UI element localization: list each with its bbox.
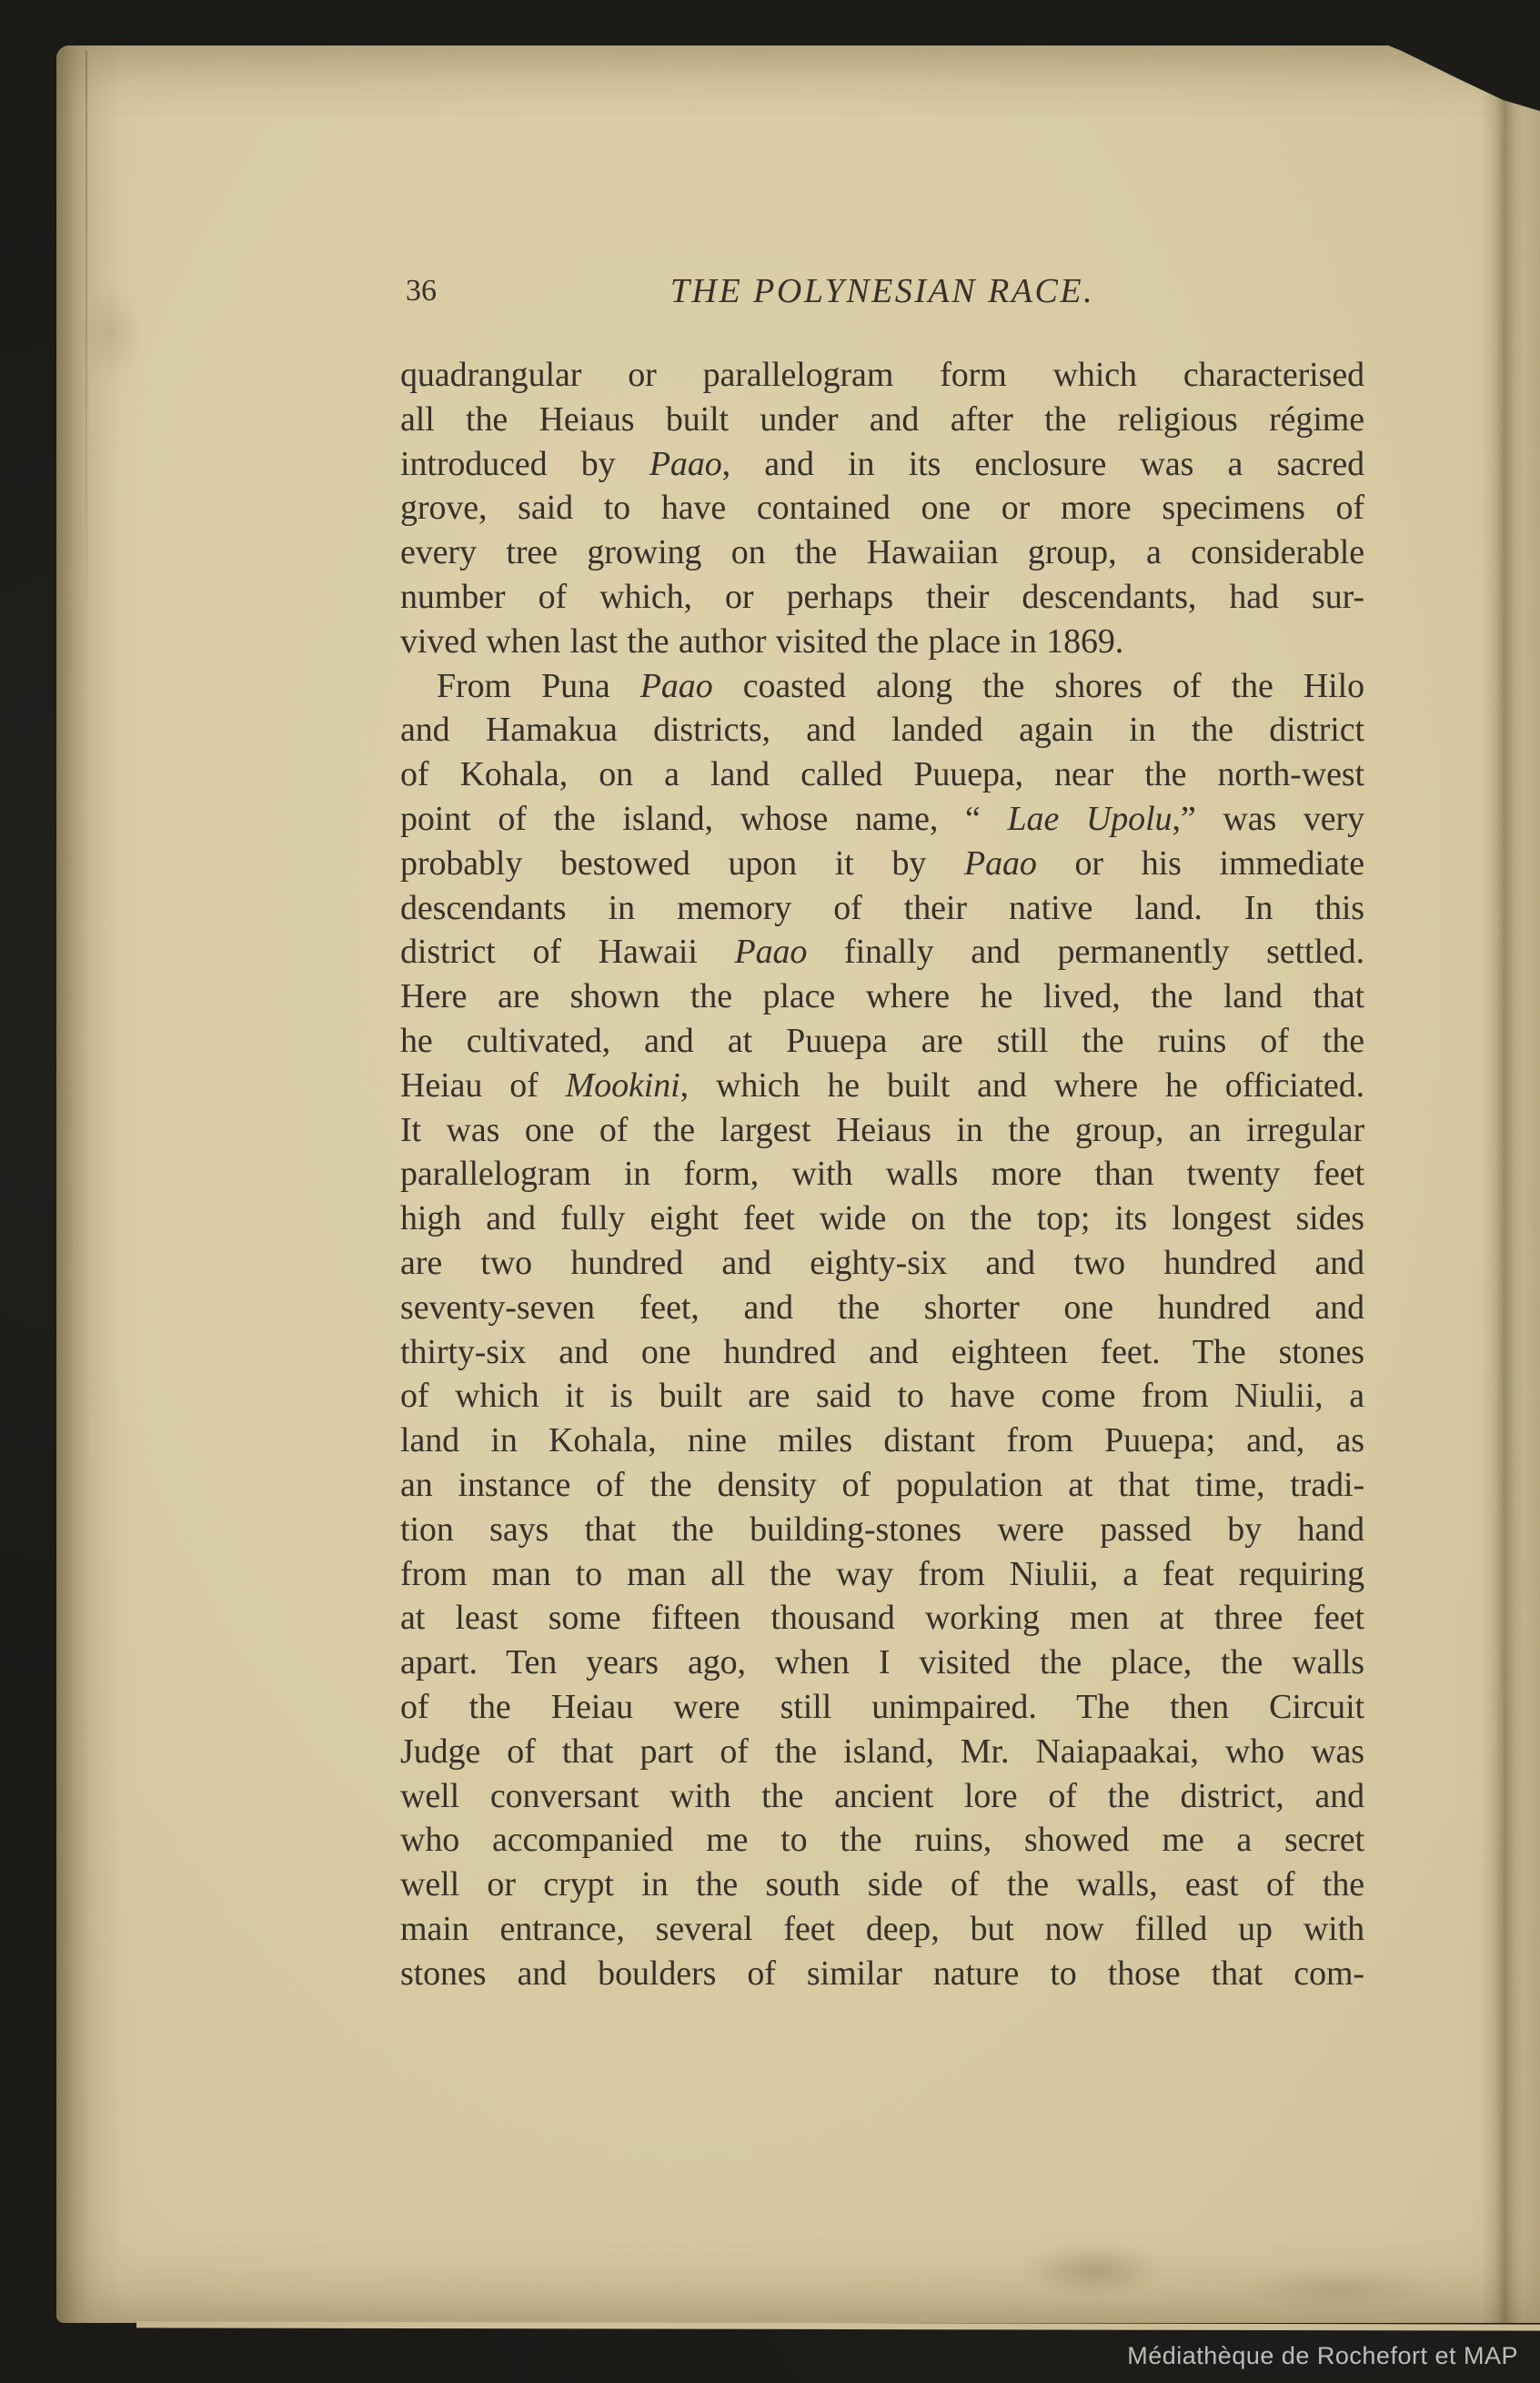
text-line: point of the island, whose name, “ Lae U… [400, 797, 1364, 842]
text-line: seventy-seven feet, and the shorter one … [400, 1286, 1364, 1330]
text-line: land in Kohala, nine miles distant from … [400, 1419, 1364, 1463]
text-line: tion says that the building-stones were … [400, 1508, 1364, 1552]
text-line: an instance of the density of population… [400, 1463, 1364, 1508]
book-page: 36 THE POLYNESIAN RACE. quadrangular or … [56, 45, 1540, 2323]
text-line: of the Heiau were still unimpaired. The … [400, 1685, 1364, 1730]
text-line: he cultivated, and at Puuepa are still t… [400, 1019, 1364, 1064]
text-line: vived when last the author visited the p… [400, 620, 1364, 664]
text-line: apart. Ten years ago, when I visited the… [400, 1641, 1364, 1685]
page-header: 36 THE POLYNESIAN RACE. [400, 268, 1364, 315]
book-gutter-shadow [1482, 45, 1524, 2323]
text-line: of Kohala, on a land called Puuepa, near… [400, 752, 1364, 797]
page-left-deckle-edge [56, 45, 96, 2323]
text-line: main entrance, several feet deep, but no… [400, 1907, 1364, 1952]
watermark: Médiathèque de Rochefort et MAP [1127, 2342, 1518, 2370]
text-line: parallelogram in form, with walls more t… [400, 1152, 1364, 1197]
text-line: high and fully eight feet wide on the to… [400, 1197, 1364, 1241]
text-line: introduced by Paao, and in its enclosure… [400, 442, 1364, 487]
underlying-sheet-line [86, 51, 87, 670]
text-line: who accompanied me to the ruins, showed … [400, 1818, 1364, 1863]
scan-background: 36 THE POLYNESIAN RACE. quadrangular or … [0, 0, 1540, 2383]
text-line: well conversant with the ancient lore of… [400, 1774, 1364, 1819]
paper-stain [1239, 2266, 1439, 2311]
text-line: descendants in memory of their native la… [400, 886, 1364, 931]
text-line: probably bestowed upon it by Paao or his… [400, 842, 1364, 886]
text-line: Heiau of Mookini, which he built and whe… [400, 1064, 1364, 1108]
text-line: every tree growing on the Hawaiian group… [400, 530, 1364, 575]
text-line: It was one of the largest Heiaus in the … [400, 1108, 1364, 1153]
text-line: are two hundred and eighty-six and two h… [400, 1241, 1364, 1286]
body-text: quadrangular or parallelogram form which… [400, 353, 1364, 1995]
text-line: well or crypt in the south side of the w… [400, 1863, 1364, 1907]
text-line: stones and boulders of similar nature to… [400, 1952, 1364, 1996]
paper-stain [1021, 2243, 1166, 2297]
text-line: all the Heiaus built under and after the… [400, 398, 1364, 442]
text-line: at least some fifteen thousand working m… [400, 1596, 1364, 1641]
text-line: Judge of that part of the island, Mr. Na… [400, 1730, 1364, 1774]
text-line: Here are shown the place where he lived,… [400, 974, 1364, 1019]
text-line: from man to man all the way from Niulii,… [400, 1552, 1364, 1597]
text-line: From Puna Paao coasted along the shores … [400, 664, 1364, 709]
text-line: grove, said to have contained one or mor… [400, 486, 1364, 530]
text-line: quadrangular or parallelogram form which… [400, 353, 1364, 398]
text-line: and Hamakua districts, and landed again … [400, 708, 1364, 752]
text-line: district of Hawaii Paao finally and perm… [400, 930, 1364, 974]
running-header: THE POLYNESIAN RACE. [400, 268, 1364, 315]
text-line: thirty-six and one hundred and eighteen … [400, 1330, 1364, 1375]
text-line: number of which, or perhaps their descen… [400, 575, 1364, 620]
text-line: of which it is built are said to have co… [400, 1374, 1364, 1419]
